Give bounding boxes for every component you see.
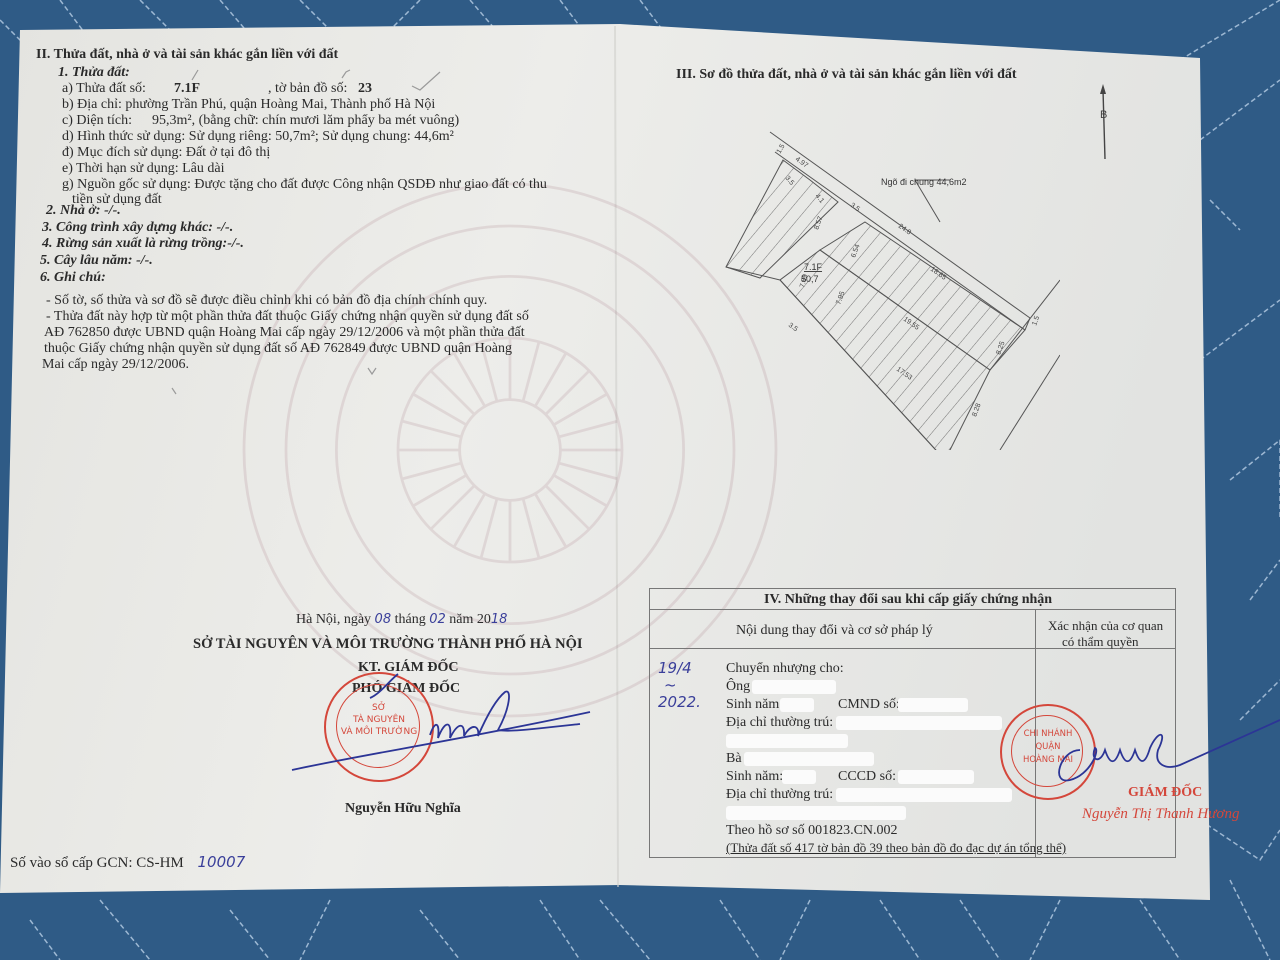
entry-id-2: CCCD số: [838, 769, 896, 785]
usage-form-value: Sử dụng riêng: 50,7m²; Sử dụng chung: 44… [189, 129, 454, 144]
entry-mr: Ông [726, 679, 750, 695]
purpose-row: đ) Mục đích sử dụng: Đất ở tại đô thị [62, 145, 270, 161]
register-label: Số vào sổ cấp GCN: CS-HM [10, 855, 184, 871]
column-confirm-header: Xác nhận của cơ quan [1048, 618, 1163, 633]
entry-birth-2: Sinh năm: [726, 769, 783, 785]
redacted-field [744, 752, 874, 766]
entry-address-1: Địa chỉ thường trú: [726, 715, 833, 731]
director-title: GIÁM ĐỐC [1128, 785, 1202, 800]
date-year: 18 [491, 612, 508, 627]
redacted-field [782, 770, 816, 784]
parcel-diagram: 1.5 4.97 3.5 4.1 8.57 3.5 24.8 6.54 18.6… [700, 130, 1060, 450]
redacted-field [780, 698, 814, 712]
parcel-number-value: 7.1F [174, 81, 200, 97]
usage-form-row: d) Hình thức sử dụng: Sử dụng riêng: 50,… [62, 129, 454, 145]
north-arrow-icon: B [1090, 84, 1120, 164]
redacted-field [898, 698, 968, 712]
column-content-header: Nội dung thay đổi và cơ sở pháp lý [736, 623, 933, 638]
term-value: Lâu dài [182, 161, 224, 176]
entry-file-number: Theo hồ sơ số 001823.CN.002 [726, 823, 898, 839]
term-label: e) Thời hạn sử dụng: [62, 161, 179, 176]
dim-label: 24.8 [897, 223, 912, 237]
note-line: AĐ 762850 được UBND quận Hoàng Mai cấp n… [44, 325, 525, 340]
origin-row: g) Nguồn gốc sử dụng: Được tặng cho đất … [62, 177, 547, 193]
svg-text:B: B [1100, 109, 1107, 121]
redacted-field [836, 788, 1012, 802]
note-year: 2022. [658, 694, 701, 711]
parcel-number-row: a) Thửa đất số: 7.1F , tờ bản đồ số: 23 [62, 81, 146, 97]
redacted-field [752, 680, 836, 694]
entry-id-1: CMND số: [838, 697, 900, 713]
area-row: c) Diện tích: 95,3m², (bằng chữ: chín mư… [62, 113, 132, 129]
origin-value: Được tặng cho đất được Công nhận QSDĐ nh… [194, 177, 547, 192]
year-label: năm 20 [449, 612, 491, 627]
perennial-item: 5. Cây lâu năm: -/-. [40, 253, 153, 268]
origin-label: g) Nguồn gốc sử dụng: [62, 177, 191, 192]
note-day: 19/4 [658, 660, 701, 677]
note-line: - Số tờ, số thửa và sơ đồ sẽ được điều c… [46, 293, 487, 308]
month-label: tháng [395, 612, 426, 627]
redacted-field [836, 716, 1002, 730]
redacted-field [726, 806, 906, 820]
date-month: 02 [429, 612, 446, 627]
note-line: - Thửa đất này hợp từ một phần thửa đất … [46, 309, 529, 324]
note-tilde: ~ [658, 677, 701, 694]
note-line: Mai cấp ngày 29/12/2006. [42, 357, 189, 372]
usage-form-label: d) Hình thức sử dụng: [62, 129, 185, 144]
entry-birth-1: Sinh năm: [726, 697, 783, 713]
entry-transfer: Chuyển nhượng cho: [726, 661, 844, 677]
term-row: e) Thời hạn sử dụng: Lâu dài [62, 161, 224, 177]
purpose-label: đ) Mục đích sử dụng: [62, 145, 182, 160]
register-number: 10007 [198, 853, 246, 871]
column-confirm-header-2: có thẩm quyền [1062, 634, 1139, 649]
date-day: 08 [375, 612, 392, 627]
address-value: phường Trần Phú, quận Hoàng Mai, Thành p… [125, 97, 435, 112]
purpose-value: Đất ở tại đô thị [186, 145, 270, 160]
forest-item: 4. Rừng sản xuất là rừng trồng:-/-. [42, 236, 244, 251]
agency-name: SỞ TÀI NGUYÊN VÀ MÔI TRƯỜNG THÀNH PHỐ HÀ… [193, 637, 583, 652]
entry-address-2: Địa chỉ thường trú: [726, 787, 833, 803]
parcel-label: 7.1F [804, 262, 823, 272]
note-line: thuộc Giấy chứng nhận quyền sử dụng đất … [44, 341, 512, 356]
dim-label: 3.5 [787, 322, 799, 333]
address-label: b) Địa chỉ: [62, 97, 122, 112]
dim-label: 1.5 [776, 143, 787, 155]
map-sheet-value: 23 [358, 81, 372, 97]
house-item: 2. Nhà ở: -/-. [46, 203, 121, 218]
signature-left-icon [280, 660, 610, 780]
handwritten-date-note: 19/4 ~ 2022. [658, 660, 701, 711]
area-value: 95,3m², (bằng chữ: chín mươi lăm phẩy ba… [152, 113, 459, 129]
other-construction-item: 3. Công trình xây dựng khác: -/-. [42, 220, 233, 235]
register-number-row: Số vào sổ cấp GCN: CS-HM 10007 [10, 853, 245, 872]
redacted-field [898, 770, 974, 784]
lane-label: Ngõ đi chung 44,6m2 [881, 177, 967, 187]
notes-heading: 6. Ghi chú: [40, 270, 106, 285]
entry-mrs: Bà [726, 751, 742, 767]
parcel-number-label: a) Thửa đất số: [62, 81, 146, 96]
section-3-title: III. Sơ đồ thửa đất, nhà ở và tài sản kh… [676, 67, 1017, 82]
dim-label: 1.5 [1031, 315, 1041, 327]
place-date: Hà Nội, ngày 08 tháng 02 năm 2018 [296, 612, 507, 628]
redacted-field [726, 734, 848, 748]
signer-name: Nguyễn Hữu Nghĩa [345, 801, 461, 816]
land-heading: 1. Thửa đất: [58, 65, 130, 80]
parcel-area-label: 50,7 [801, 274, 819, 284]
area-label: c) Diện tích: [62, 113, 132, 128]
director-name: Nguyễn Thị Thanh Hương [1082, 807, 1239, 822]
address-row: b) Địa chỉ: phường Trần Phú, quận Hoàng … [62, 97, 435, 113]
section-4-title: IV. Những thay đổi sau khi cấp giấy chứn… [764, 592, 1052, 607]
entry-parcel-note: (Thửa đất số 417 tờ bản đồ 39 theo bản đ… [726, 840, 1066, 856]
map-sheet-label: , tờ bản đồ số: [268, 81, 347, 97]
place-date-prefix: Hà Nội, ngày [296, 612, 371, 627]
section-2-title: II. Thửa đất, nhà ở và tài sản khác gắn … [36, 47, 338, 62]
